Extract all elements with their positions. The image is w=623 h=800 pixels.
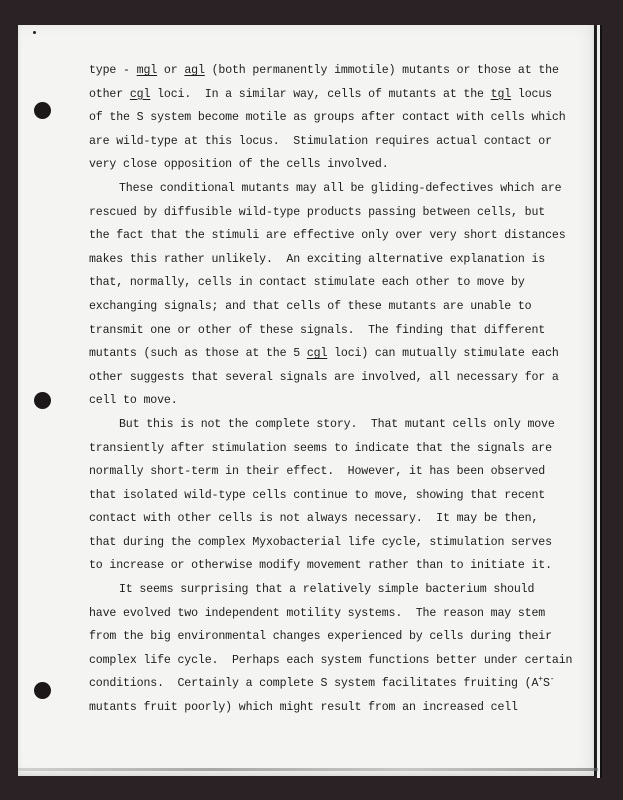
text-line: the fact that the stimuli are effective … [89, 224, 519, 248]
text-line: makes this rather unlikely. An exciting … [89, 248, 519, 272]
text-line: very close opposition of the cells invol… [89, 153, 519, 177]
page-bottom-edge [18, 768, 598, 771]
text-line: transiently after stimulation seems to i… [89, 437, 519, 461]
text-line: contact with other cells is not always n… [89, 507, 519, 531]
text-line: other suggests that several signals are … [89, 366, 519, 390]
text-line: These conditional mutants may all be gli… [89, 177, 519, 201]
text-line: to increase or otherwise modify movement… [89, 554, 519, 578]
underlined-term: agl [184, 64, 204, 77]
text-line: normally short-term in their effect. How… [89, 460, 519, 484]
text-line: transmit one or other of these signals. … [89, 319, 519, 343]
text-line: of the S system become motile as groups … [89, 106, 519, 130]
text-line: complex life cycle. Perhaps each system … [89, 649, 519, 673]
underlined-term: tgl [491, 88, 511, 101]
superscript: - [550, 675, 555, 684]
text-line: mutants (such as those at the 5 cgl loci… [89, 342, 519, 366]
superscript: + [538, 675, 543, 684]
text-line: from the big environmental changes exper… [89, 625, 519, 649]
text-line: type - mgl or agl (both permanently immo… [89, 59, 519, 83]
document-body: type - mgl or agl (both permanently immo… [89, 59, 519, 720]
punch-hole-icon [34, 102, 51, 119]
text-line: conditions. Certainly a complete S syste… [89, 672, 519, 696]
text-line: It seems surprising that a relatively si… [89, 578, 519, 602]
text-line: have evolved two independent motility sy… [89, 602, 519, 626]
text-line: rescued by diffusible wild-type products… [89, 201, 519, 225]
speck [33, 31, 36, 34]
text-line: that, normally, cells in contact stimula… [89, 271, 519, 295]
text-line: But this is not the complete story. That… [89, 413, 519, 437]
text-line: cell to move. [89, 389, 519, 413]
underlined-term: mgl [137, 64, 157, 77]
text-line: exchanging signals; and that cells of th… [89, 295, 519, 319]
underlined-term: cgl [130, 88, 150, 101]
text-line: mutants fruit poorly) which might result… [89, 696, 519, 720]
page-edge [594, 25, 596, 776]
page-edge [600, 25, 602, 778]
text-line: that during the complex Myxobacterial li… [89, 531, 519, 555]
punch-hole-icon [34, 682, 51, 699]
text-line: that isolated wild-type cells continue t… [89, 484, 519, 508]
punch-hole-icon [34, 392, 51, 409]
text-line: are wild-type at this locus. Stimulation… [89, 130, 519, 154]
text-line: other cgl loci. In a similar way, cells … [89, 83, 519, 107]
underlined-term: cgl [307, 347, 327, 360]
